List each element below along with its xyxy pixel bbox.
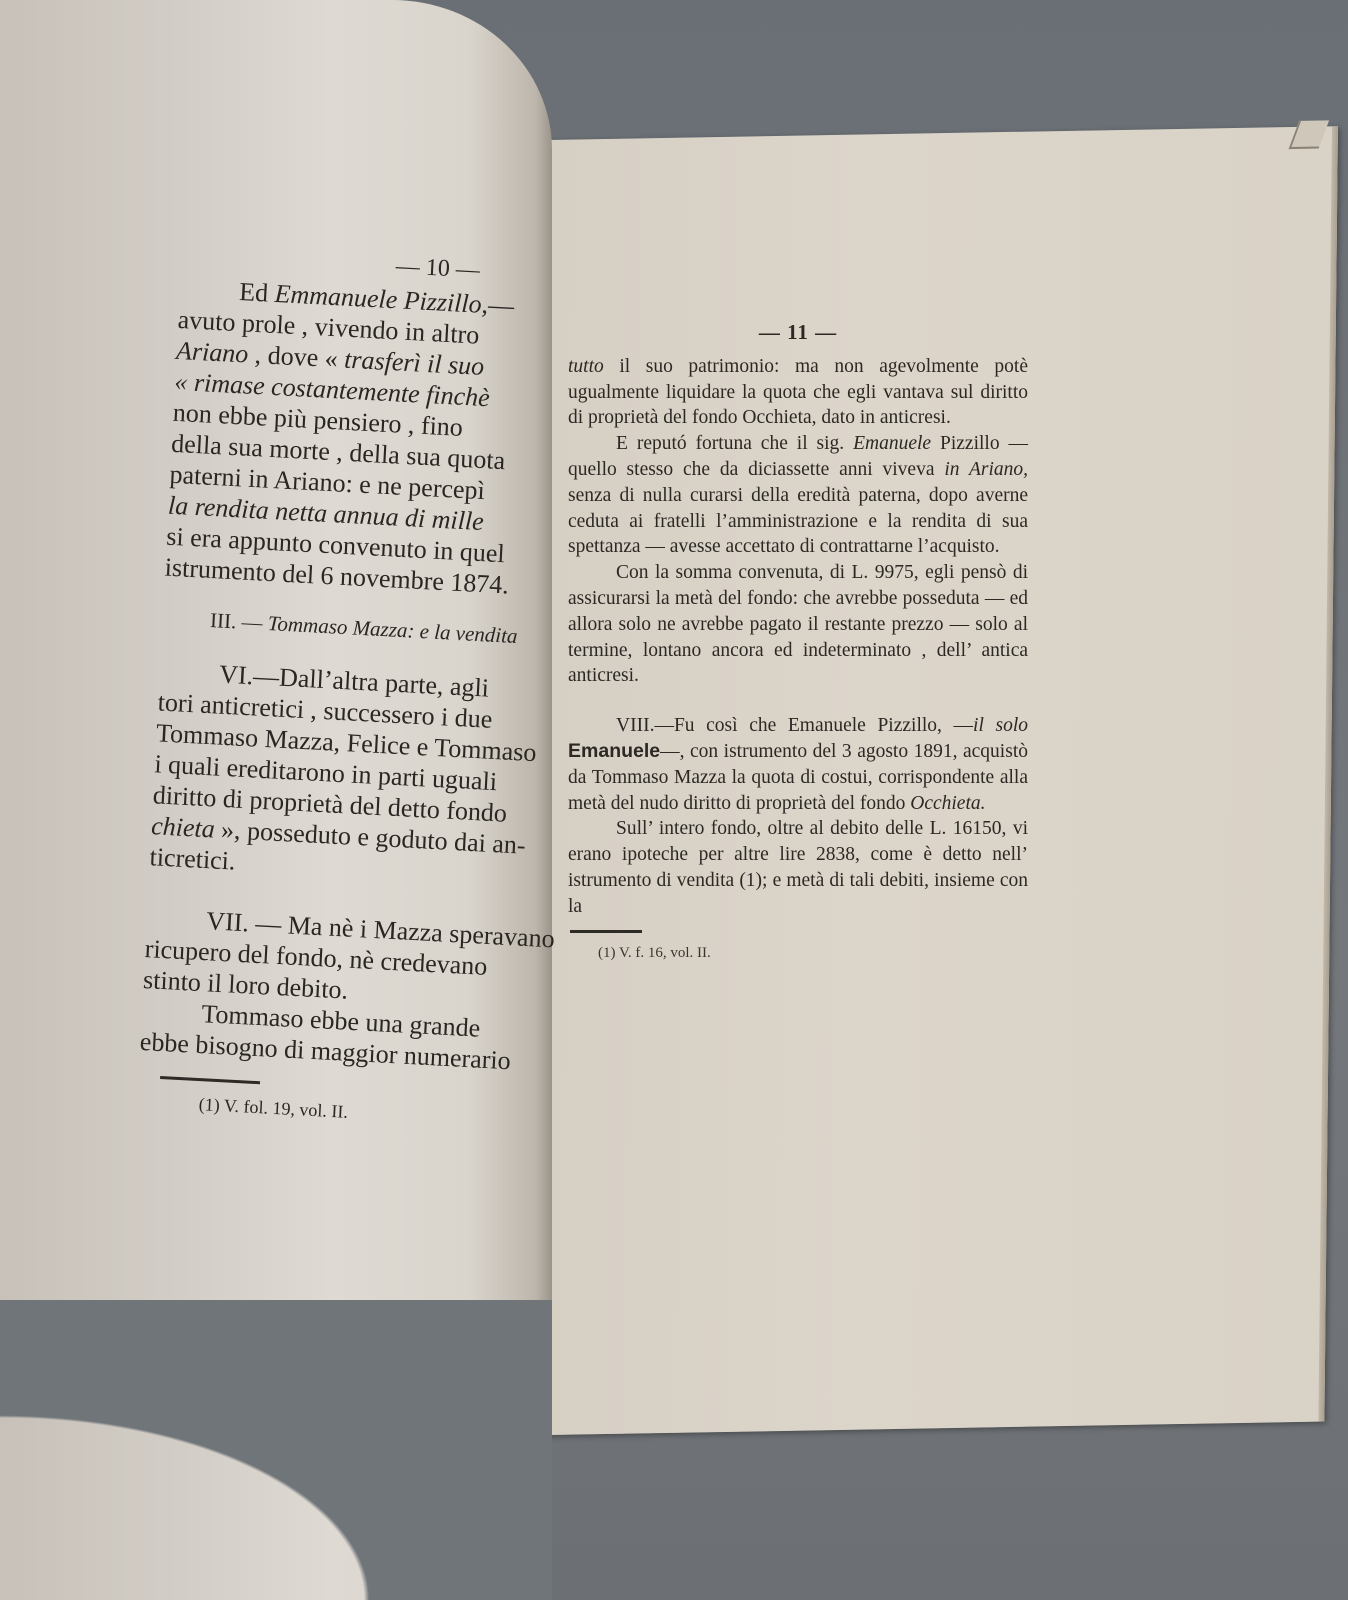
footnote: (1) V. f. 16, vol. II. — [568, 941, 1028, 967]
footnote-divider — [570, 930, 642, 933]
paragraph-3: Con la somma convenuta, di L. 9975, egli… — [568, 560, 1028, 689]
section-heading-iii: III. — Tommaso Mazza: e la vendita — [161, 603, 532, 653]
footnote-divider-left — [160, 1076, 260, 1084]
paragraph-5: Sull’ intero fondo, oltre al debito dell… — [568, 816, 1028, 919]
right-page-text: — 11 — tutto il suo patrimonio: ma non a… — [568, 320, 1028, 966]
paragraph-1: tutto il suo patrimonio: ma non agevolme… — [568, 354, 1028, 431]
section-viii: VIII.—Fu così che Emanuele Pizzillo, —il… — [568, 713, 1028, 816]
paragraph-2: E reputó fortuna che il sig. Emanuele Pi… — [568, 431, 1028, 560]
left-page-text: — 10 — Ed Emmanuele Pizzillo,— avuto pro… — [136, 240, 551, 1136]
page-number-11: — 11 — — [568, 320, 1028, 346]
